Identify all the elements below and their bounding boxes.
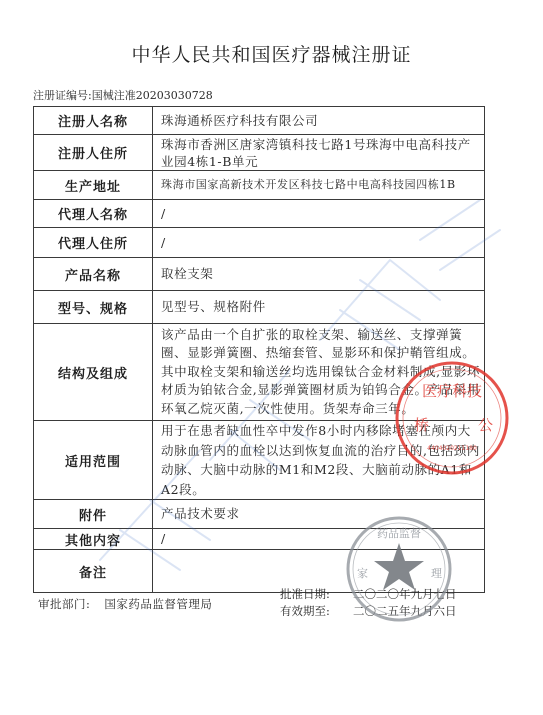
- row-value: 珠海市香洲区唐家湾镇科技七路1号珠海中电高科技产业园4栋1-B单元: [153, 135, 485, 171]
- certificate-table: 注册人名称 珠海通桥医疗科技有限公司 注册人住所 珠海市香洲区唐家湾镇科技七路1…: [33, 106, 485, 593]
- table-row: 结构及组成 该产品由一个自扩张的取栓支架、输送丝、支撑弹簧圈、显影弹簧圈、热缩套…: [34, 324, 485, 421]
- row-value: /: [153, 228, 485, 258]
- row-value: 该产品由一个自扩张的取栓支架、输送丝、支撑弹簧圈、显影弹簧圈、热缩套管、显影环和…: [153, 324, 485, 421]
- row-value: 见型号、规格附件: [153, 291, 485, 324]
- row-value: 产品技术要求: [153, 500, 485, 529]
- row-label: 备注: [34, 550, 153, 593]
- row-label: 适用范围: [34, 421, 153, 500]
- table-row: 注册人住所 珠海市香洲区唐家湾镇科技七路1号珠海中电高科技产业园4栋1-B单元: [34, 135, 485, 171]
- row-value: 珠海通桥医疗科技有限公司: [153, 107, 485, 135]
- row-value: /: [153, 200, 485, 228]
- row-value: 珠海市国家高新技术开发区科技七路中电高科技园四栋1B: [153, 171, 485, 200]
- row-label: 结构及组成: [34, 324, 153, 421]
- table-row: 注册人名称 珠海通桥医疗科技有限公司: [34, 107, 485, 135]
- row-value: 用于在患者缺血性卒中发作8小时内移除堵塞在颅内大动脉血管内的血栓以达到恢复血流的…: [153, 421, 485, 500]
- row-label: 注册人住所: [34, 135, 153, 171]
- row-label: 代理人名称: [34, 200, 153, 228]
- row-label: 代理人住所: [34, 228, 153, 258]
- registration-number-label: 注册证编号:: [33, 89, 92, 102]
- valid-until-row: 有效期至: 二〇二五年九月六日: [280, 603, 457, 620]
- row-label: 注册人名称: [34, 107, 153, 135]
- approval-dept-label: 审批部门:: [38, 597, 90, 611]
- table-row: 生产地址 珠海市国家高新技术开发区科技七路中电高科技园四栋1B: [34, 171, 485, 200]
- approval-date-value: 二〇二〇年九月七日: [353, 586, 457, 603]
- table-row: 产品名称 取栓支架: [34, 258, 485, 291]
- row-label: 生产地址: [34, 171, 153, 200]
- approval-dept-value: 国家药品监督管理局: [104, 597, 212, 611]
- valid-until-value: 二〇二五年九月六日: [353, 603, 457, 620]
- registration-number-value: 国械注准20203030728: [92, 89, 213, 102]
- approval-date-row: 批准日期: 二〇二〇年九月七日: [280, 586, 457, 603]
- valid-until-label: 有效期至:: [280, 603, 353, 620]
- row-value: 取栓支架: [153, 258, 485, 291]
- approval-dates: 批准日期: 二〇二〇年九月七日 有效期至: 二〇二五年九月六日: [280, 586, 457, 620]
- row-label: 其他内容: [34, 529, 153, 550]
- row-value: /: [153, 529, 485, 550]
- table-row: 适用范围 用于在患者缺血性卒中发作8小时内移除堵塞在颅内大动脉血管内的血栓以达到…: [34, 421, 485, 500]
- table-row: 型号、规格 见型号、规格附件: [34, 291, 485, 324]
- table-row: 代理人住所 /: [34, 228, 485, 258]
- row-label: 附件: [34, 500, 153, 529]
- certificate-title: 中华人民共和国医疗器械注册证: [0, 40, 543, 67]
- approval-date-label: 批准日期:: [280, 586, 353, 603]
- row-label: 产品名称: [34, 258, 153, 291]
- registration-number: 注册证编号:国械注准20203030728: [33, 87, 213, 103]
- table-row: 代理人名称 /: [34, 200, 485, 228]
- approval-department: 审批部门:国家药品监督管理局: [38, 596, 212, 612]
- table-row: 其他内容 /: [34, 529, 485, 550]
- row-label: 型号、规格: [34, 291, 153, 324]
- table-row: 附件 产品技术要求: [34, 500, 485, 529]
